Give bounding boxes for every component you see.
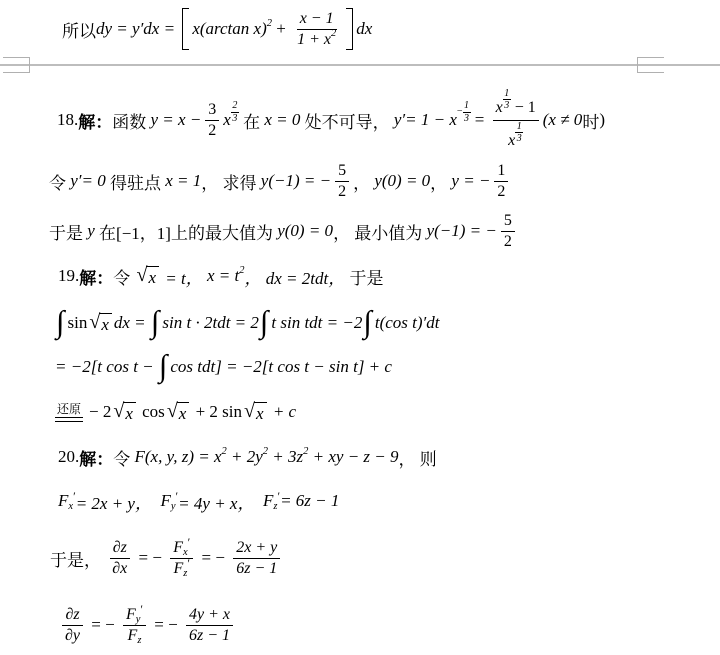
fraction-numerator: 2 [231,100,239,113]
math-run: 4y + x [189,605,230,625]
math-run: 3 [208,100,216,120]
math-run: y(0) = 0 [374,171,430,191]
left-bracket [182,8,189,50]
math-run: t sin tdt = −2 [271,313,362,333]
math-run: F [160,491,170,511]
function-name: sin [68,313,88,333]
solution-19-line4: 还原 − 2 √ x cos √ x + 2 sin √ x + c [55,392,296,432]
math-run: y(−1) = − [261,171,331,191]
math-run: F [263,491,273,511]
interval: [−1，1] [116,219,171,244]
fraction-denominator: 3 [231,113,239,125]
fraction-denominator: 3 [463,113,471,125]
solution-19-line3: = −2[t cos t − ∫ cos tdt] = −2[t cos t −… [55,348,392,386]
chinese-text: 于是 [49,219,87,244]
fraction-denominator: 2 [335,182,349,202]
superscript: 2 [267,18,272,29]
math-run: ∂x [112,559,127,579]
math-run: dx [356,19,372,39]
page-break-line [0,64,720,66]
fraction: ∂z ∂y [62,605,83,646]
exponent-fraction: 1 3 [503,88,511,112]
math-run: F [128,626,138,646]
radicand: x [177,402,190,424]
chinese-text: 在 [95,219,116,244]
formula-dy: 所以 dy = y′dx = x(arctan x) 2 + x − 1 1 +… [62,6,372,52]
fraction-numerator: ∂z [62,605,82,626]
math-run: x [496,98,503,118]
chinese-text: ， 则 [399,445,437,470]
right-bracket [346,8,353,50]
math-run: 6z − 1 [236,559,277,579]
integral-icon: ∫ [158,350,171,381]
math-run: + 2y [227,447,263,467]
solution-18-line2: 令 y′= 0 得驻点 x = 1 ， 求得 y(−1) = − 5 2 ， y… [49,156,512,206]
fraction: 3 2 [205,100,219,141]
superscript: 2 [263,446,268,457]
math-run: 2x + y [236,538,277,558]
equals-label: 还原 [55,402,83,419]
solution-19-line1: 19. 解： 令 √ x = t， x = t 2 ， dx = 2tdt， 于… [58,258,383,294]
square-root: √ x [113,401,136,424]
math-run: ) [599,110,605,130]
fraction-numerator: 4y + x [186,605,233,626]
fraction-denominator: ∂y [62,626,83,646]
math-run: ∂y [65,626,80,646]
math-run: y = x − [151,110,202,130]
math-run: = t， [161,264,203,289]
solution-18-line3: 于是 y 在 [−1，1] 上的最大值为 y(0) = 0 ， 最小值为 y(−… [49,208,519,254]
math-run: x − 1 [300,9,334,29]
math-run: 5 [338,161,346,181]
math-run: F [126,605,136,625]
radicand: x [146,266,159,288]
math-run: y′= 1 − x [394,110,457,130]
fraction-denominator: F z ′ [170,559,193,579]
math-run: 2 [504,232,512,252]
math-run: + 3z [268,447,303,467]
math-run: = 4y + x， [178,489,263,514]
math-run: F [173,538,183,558]
fraction: 2x + y 6z − 1 [233,538,280,579]
fraction-denominator: 6z − 1 [233,559,280,579]
solution-18-line1: 18. 解： 函数 y = x − 3 2 x 2 3 在 x = 0 处不可导… [57,90,605,150]
math-run: − 1 [511,98,536,118]
chinese-text: 令 [49,169,70,194]
fraction-denominator: 2 [494,182,508,202]
fraction-numerator: ∂z [110,538,130,559]
math-run: = 2x + y， [76,489,161,514]
math-run: F [58,491,68,511]
double-line [55,418,83,422]
fraction-numerator: 2x + y [233,538,280,559]
math-run: F(x, y, z) = x [135,447,222,467]
fraction-numerator: F y ′ [123,605,146,626]
subscript: z [137,634,141,647]
math-run: 6z − 1 [189,626,230,646]
square-root: √ x [137,265,160,288]
exponent-fraction: 1 3 [515,121,523,145]
math-run: 2 [338,182,346,202]
fraction-numerator: 5 [501,211,515,232]
superscript: 2 [222,446,227,457]
page-break-marker-right [637,57,664,73]
math-run: 1 [497,161,505,181]
chinese-text: ， [353,169,374,194]
fraction: ∂z ∂x [109,538,130,579]
jie-label: 解： [78,108,112,133]
fraction-denominator: 3 [515,133,523,145]
fraction: x − 1 1 + x2 [294,9,339,50]
equals-sign: = − [87,615,119,635]
math-run: + xy − z − 9 [308,447,398,467]
math-run: ∂z [65,605,79,625]
math-run: dy = y′dx = [96,19,179,39]
chinese-text: ， [430,169,451,194]
prime-mark: ′ [176,489,179,504]
math-run: = 6z − 1 [280,491,339,511]
fraction-numerator: 1 [515,121,523,134]
chinese-text: 于是 [345,264,383,289]
equals-sign: = [471,110,489,130]
math-run: 2 [497,182,505,202]
prime-mark: ′ [187,556,190,571]
fraction: x 1 3 − 1 x 1 3 [493,88,539,153]
math-run: y [87,221,95,241]
equals-sign: = − [134,548,166,568]
chinese-text: 令 [113,264,134,289]
exponent-fraction: − 1 3 [457,100,471,124]
radicand: x [99,313,112,335]
fraction-denominator: x 1 3 [505,121,526,153]
prime-mark: ′ [188,535,191,550]
radicand: x [254,402,267,424]
square-root: √ x [244,401,267,424]
integral-icon: ∫ [55,306,68,337]
fraction-denominator: 1 + x2 [294,30,339,50]
jie-label: 解： [79,264,113,289]
math-run: sin t · 2tdt = 2 [162,313,258,333]
solution-19-line2: ∫ sin √ x dx = ∫ sin t · 2tdt = 2 ∫ t si… [55,304,439,342]
fraction-numerator: 1 [494,161,508,182]
fraction-denominator: 3 [503,100,511,112]
superscript: 2 [303,446,308,457]
superscript: 2 [239,265,244,276]
chinese-text: 得驻点 [106,169,166,194]
chinese-text: 上的最大值为 [171,219,277,244]
problem-number: 19. [58,266,79,286]
math-run: + c [269,402,297,422]
math-run: ∂z [113,538,127,558]
fraction-numerator: 5 [335,161,349,182]
square-root: √ x [89,312,112,335]
math-run: F [173,559,183,579]
chinese-text: 时 [582,108,599,133]
math-run: (x ≠ 0 [543,110,583,130]
chinese-text: 于是， [50,546,105,571]
integral-icon: ∫ [362,306,375,337]
fraction-denominator: 2 [501,232,515,252]
solution-20-line3: 于是， ∂z ∂x = − F x ′ F z ′ = − 2x + y 6z … [50,528,284,588]
fraction: 5 2 [335,161,349,202]
math-run: 2 [208,121,216,141]
stacked-fraction: 2 3 [231,100,239,124]
math-run: x = 1 [165,171,201,191]
fraction: 4y + x 6z − 1 [186,605,233,646]
solution-20-line4: ∂z ∂y = − F y ′ F z = − 4y + x 6z − 1 [58,595,237,655]
math-run: − 2 [89,402,111,422]
math-run: x = t [203,266,240,286]
chinese-text: 处不可导， [300,108,394,133]
problem-number: 18. [57,110,78,130]
integral-icon: ∫ [259,306,272,337]
chinese-text: 在 [239,108,265,133]
square-root: √ x [167,401,190,424]
document-page: 所以 dy = y′dx = x(arctan x) 2 + x − 1 1 +… [0,0,720,655]
solution-20-line1: 20. 解： 令 F(x, y, z) = x 2 + 2y 2 + 3z 2 … [58,440,437,474]
math-run: ， dx = 2tdt， [244,264,345,289]
math-run: x [508,131,515,151]
equals-sign: = − [197,548,229,568]
page-break-marker-left [3,57,30,73]
fraction-numerator: 3 [205,100,219,121]
chinese-text: ， 最小值为 [333,219,427,244]
stacked-fraction: 1 3 [503,88,511,112]
fraction-denominator: ∂x [109,559,130,579]
fraction: F y ′ F z [123,605,146,646]
math-run: y′= 0 [70,171,106,191]
math-run: x(arctan x) [192,19,266,39]
fraction-numerator: 1 [463,100,471,113]
superscript: 2 [331,27,336,40]
prime-mark: ′ [277,489,280,504]
math-run: y = − [451,171,490,191]
equals-sign: = − [150,615,182,635]
fraction-numerator: x 1 3 − 1 [493,88,539,121]
problem-number: 20. [58,447,79,467]
text-suoyi: 所以 [62,17,96,42]
fraction: F x ′ F z ′ [170,538,193,579]
radicand: x [123,402,136,424]
math-run: y(−1) = − [427,221,497,241]
fraction: 5 2 [501,211,515,252]
stacked-fraction: 1 3 [463,100,471,124]
labeled-equals: 还原 [55,402,83,423]
math-run: t(cos t)′dt [375,313,440,333]
math-run: x = 0 [264,110,300,130]
chinese-text: ， 求得 [201,169,261,194]
fraction-denominator: 6z − 1 [186,626,233,646]
math-run: + 2 sin [191,402,242,422]
math-run: x [223,110,231,130]
math-run: = −2[t cos t − [55,357,158,377]
math-run: dx = [114,313,150,333]
math-run: 5 [504,211,512,231]
prime-mark: ′ [140,602,143,617]
chinese-text: 函数 [112,108,150,133]
exponent-fraction: 2 3 [231,100,239,124]
prime-mark: ′ [73,489,76,504]
math-run: cos tdt] = −2[t cos t − sin t] + c [170,357,392,377]
solution-20-line2: F x ′ = 2x + y， F y ′ = 4y + x， F z ′ = … [58,484,339,518]
math-operator: + [272,19,290,39]
fraction-denominator: F z [125,626,145,646]
fraction-numerator: 1 [503,88,511,101]
stacked-fraction: 1 3 [515,121,523,145]
chinese-text: 令 [113,445,134,470]
fraction-denominator: 2 [205,121,219,141]
function-name: cos [138,402,165,422]
integral-icon: ∫ [150,306,163,337]
fraction: 1 2 [494,161,508,202]
math-run: 1 + x [297,30,331,50]
math-run: y(0) = 0 [277,221,333,241]
jie-label: 解： [79,445,113,470]
